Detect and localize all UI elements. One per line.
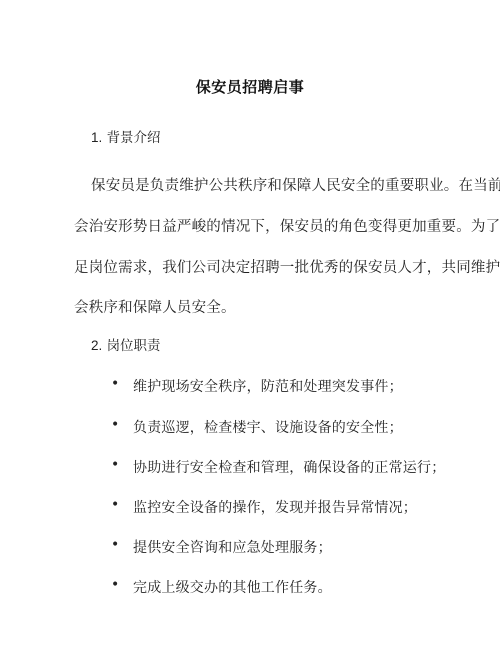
paragraph-line: 保安员是负责维护公共秩序和保障人民安全的重要职业。在当前社	[91, 174, 500, 195]
bullet-icon: •	[111, 577, 119, 593]
bullet-icon: •	[111, 376, 119, 392]
list-item: 监控安全设备的操作，发现并报告异常情况；	[133, 497, 417, 517]
paragraph-line: 会秩序和保障人员安全。	[74, 296, 236, 317]
section-title: 岗位职责	[107, 338, 161, 354]
list-item: 维护现场安全秩序，防范和处理突发事件；	[133, 376, 403, 396]
paragraph-line: 足岗位需求，我们公司决定招聘一批优秀的保安员人才，共同维护社	[74, 256, 500, 277]
bullet-icon: •	[111, 537, 119, 553]
document-title: 保安员招聘启事	[0, 76, 500, 97]
section-heading-duties: 2. 岗位职责	[91, 334, 161, 354]
bullet-icon: •	[111, 457, 119, 473]
section-number: 2.	[91, 338, 102, 353]
list-item: 协助进行安全检查和管理，确保设备的正常运行；	[133, 457, 445, 477]
document-page: 保安员招聘启事 1. 背景介绍 保安员是负责维护公共秩序和保障人民安全的重要职业…	[0, 0, 500, 647]
list-item: 提供安全咨询和应急处理服务；	[133, 537, 332, 557]
section-heading-background: 1. 背景介绍	[91, 126, 161, 146]
bullet-icon: •	[111, 417, 119, 433]
section-number: 1.	[91, 130, 102, 145]
list-item: 负责巡逻，检查楼宇、设施设备的安全性；	[133, 417, 403, 437]
paragraph-line: 会治安形势日益严峻的情况下，保安员的角色变得更加重要。为了满	[74, 215, 500, 236]
bullet-icon: •	[111, 497, 119, 513]
section-title: 背景介绍	[107, 130, 161, 146]
list-item: 完成上级交办的其他工作任务。	[133, 577, 332, 597]
